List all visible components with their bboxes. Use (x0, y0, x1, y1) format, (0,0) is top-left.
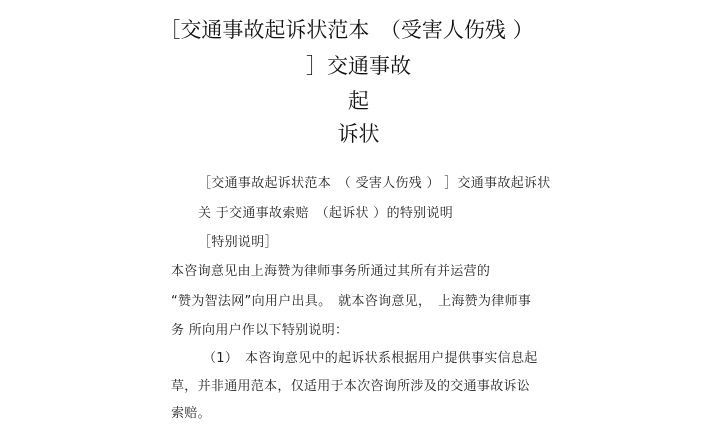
title-line-4: 诉状 (0, 118, 717, 148)
intro-line-1: ［交通事故起诉状范本 （ 受害人伤残 ） ］交通事故起诉状 (198, 172, 551, 191)
item-line-1: （1） 本咨询意见中的起诉状系根据用户提供事实信息起 (203, 347, 538, 366)
paragraph-line-2: “赞为智法网”向用户出具。 就本咨询意见， 上海赞为律师事 (171, 290, 531, 309)
intro-line-2: 关 于交通事故索赔 （起诉状 ）的特别说明 (198, 202, 453, 221)
paragraph-line-3: 务 所向用户作以下特别说明： (171, 319, 348, 338)
paragraph-line-1: 本咨询意见由上海赞为律师事务所通过其所有并运营的 (171, 260, 490, 279)
intro-line-3: ［特别说明］ (198, 231, 278, 250)
title-line-2: ］交通事故 (0, 50, 717, 80)
title-line-3: 起 (0, 85, 717, 115)
item-line-3: 索赔。 (171, 402, 211, 421)
title-line-1: ［交通事故起诉状范本 （受害人伤残 ） (0, 14, 705, 44)
item-line-2: 草，并非通用范本，仅适用于本次咨询所涉及的交通事故诉讼 (171, 375, 530, 394)
